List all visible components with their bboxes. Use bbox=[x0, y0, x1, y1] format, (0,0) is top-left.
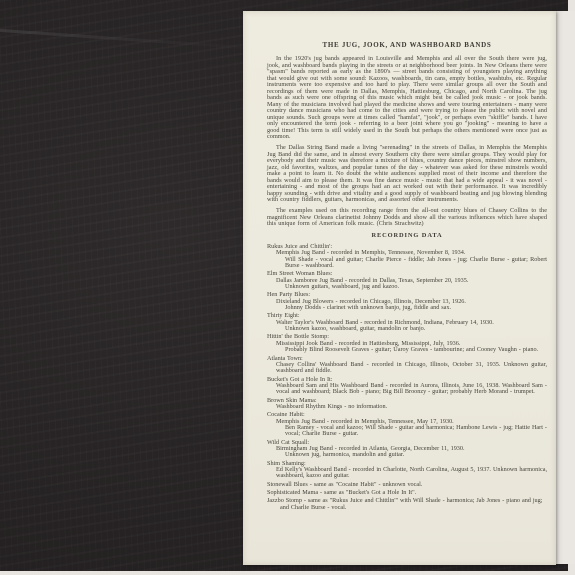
recording-entry: Brown Skin Mama:Washboard Rhythm Kings -… bbox=[267, 398, 547, 411]
recording-entry: Elm Street Woman Blues:Dallas Jamboree J… bbox=[267, 271, 547, 290]
song-title: Sophisticated Mama - same as "Bucket's G… bbox=[267, 490, 547, 496]
recording-entry: Stonewall Blues - same as "Cocaine Habit… bbox=[267, 482, 547, 488]
recording-entry: Hen Party Blues:Dixieland Jug Blowers - … bbox=[267, 292, 547, 311]
liner-notes-page: THE JUG, JOOK, AND WASHBOARD BANDS In th… bbox=[243, 11, 556, 565]
recording-detail: Probably Blind Roosevelt Graves - guitar… bbox=[285, 347, 547, 353]
song-title: Stonewall Blues - same as "Cocaine Habit… bbox=[267, 482, 547, 488]
recording-detail: Johnny Dodds - clarinet with unknown ban… bbox=[285, 305, 547, 311]
intro-paragraph: In the 1920's jug bands appeared in Loui… bbox=[267, 56, 547, 141]
recording-entry: Atlanta Town:Chasey Collins' Washboard B… bbox=[267, 356, 547, 375]
intro-paragraphs: In the 1920's jug bands appeared in Loui… bbox=[267, 56, 547, 228]
recording-entry: Hittin' the Bottle Stomp:Mississippi Joo… bbox=[267, 334, 547, 353]
recording-detail: Ed Kelly's Washboard Band - recorded in … bbox=[276, 467, 547, 480]
intro-paragraph: The Dallas String Band made a living "se… bbox=[267, 145, 547, 204]
recording-entry: Bucket's Got a Hole In It:Washboard Sam … bbox=[267, 377, 547, 396]
recording-detail: Unknown jug, harmonica, mandolin and gui… bbox=[285, 452, 547, 458]
recording-detail: Chasey Collins' Washboard Band - recorde… bbox=[276, 362, 547, 375]
recording-entry: Sophisticated Mama - same as "Bucket's G… bbox=[267, 490, 547, 496]
recording-entry: Shim Shaming:Ed Kelly's Washboard Band -… bbox=[267, 461, 547, 480]
song-title: Jazzbo Stomp - same as "Rukus Juice and … bbox=[267, 498, 547, 511]
page-title: THE JUG, JOOK, AND WASHBOARD BANDS bbox=[267, 41, 547, 49]
album-back-cover-scan: THE JUG, JOOK, AND WASHBOARD BANDS In th… bbox=[0, 0, 575, 575]
recording-entry: Jazzbo Stomp - same as "Rukus Juice and … bbox=[267, 498, 547, 511]
recording-detail: Washboard Rhythm Kings - no information. bbox=[276, 404, 547, 410]
recording-entry: Rukus Juice and Chittlin':Memphis Jug Ba… bbox=[267, 244, 547, 269]
recording-data-heading: RECORDING DATA bbox=[267, 232, 547, 239]
recording-detail: Unknown kazoo, washboard, guitar, mandol… bbox=[285, 326, 547, 332]
recording-detail: Will Shade - vocal and guitar; Charlie P… bbox=[285, 257, 547, 270]
photo-background-strip bbox=[556, 11, 575, 564]
recording-entry: Cocaine Habit:Memphis Jug Band - recorde… bbox=[267, 412, 547, 437]
recording-detail: Unknown guitars, washboard, jug and kazo… bbox=[285, 284, 547, 290]
recording-detail: Ben Ramey - vocal and kazoo; Will Shade … bbox=[285, 425, 547, 438]
intro-paragraph: The examples used on this recording rang… bbox=[267, 208, 547, 228]
recording-entry: Thirty Eight:Walter Taylor's Washboard B… bbox=[267, 313, 547, 332]
recording-entry: Wild Cat Squall:Birmingham Jug Band - re… bbox=[267, 440, 547, 459]
recording-detail: Washboard Sam and His Washboard Band - r… bbox=[276, 383, 547, 396]
recording-data-list: Rukus Juice and Chittlin':Memphis Jug Ba… bbox=[267, 244, 547, 511]
